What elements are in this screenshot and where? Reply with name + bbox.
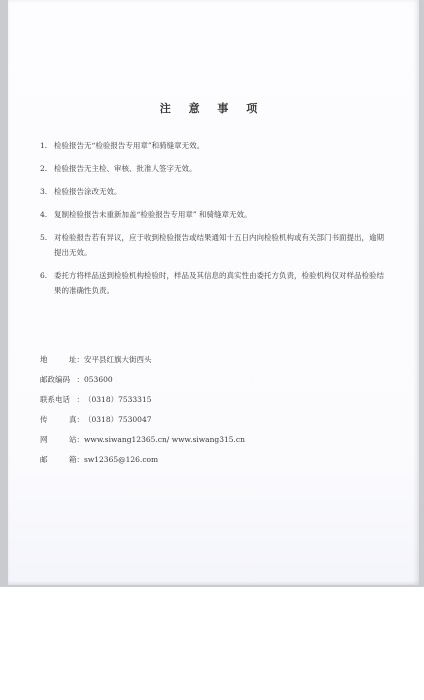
note-text: 复制检验报告未重新加盖“检验报告专用章” 和骑缝章无效。: [54, 207, 385, 222]
note-text: 检验报告涂改无效。: [54, 184, 385, 199]
label-part: 传: [40, 412, 48, 432]
contact-value: sw12365@126.com: [84, 452, 158, 472]
note-number: 3.: [40, 184, 54, 199]
contact-value: （0318）7533315: [84, 392, 152, 412]
contact-website: 网站： www.siwang12365.cn/ www.siwang315.cn: [40, 432, 245, 452]
label-part: 地: [40, 352, 48, 372]
contact-email: 邮箱： sw12365@126.com: [40, 452, 245, 472]
note-number: 6.: [40, 268, 54, 298]
label-part: 真：: [69, 412, 84, 432]
note-item: 1. 检验报告无“检验报告专用章”和骑缝章无效。: [40, 138, 385, 153]
note-number: 5.: [40, 230, 54, 260]
note-item: 5. 对检验报告若有异议，应于收到检验报告或结果通知十五日内向检验机构或有关部门…: [40, 230, 385, 260]
contact-value: www.siwang12365.cn/ www.siwang315.cn: [84, 432, 245, 452]
contact-info: 地址： 安平县红旗大街西头 邮政编码： 053600 联系电话： （0318）7…: [40, 352, 245, 472]
contact-label: 邮政编码：: [40, 372, 84, 392]
label-part: ：: [77, 372, 85, 392]
note-text: 对检验报告若有异议，应于收到检验报告或结果通知十五日内向检验机构或有关部门书面提…: [54, 230, 385, 260]
contact-value: （0318）7530047: [84, 412, 152, 432]
contact-phone: 联系电话： （0318）7533315: [40, 392, 245, 412]
note-text: 检验报告无主检、审核、批准人签字无效。: [54, 161, 385, 176]
label-part: 箱：: [69, 452, 84, 472]
contact-value: 053600: [84, 372, 113, 392]
label-part: 网: [40, 432, 48, 452]
label-part: 站：: [69, 432, 84, 452]
note-item: 6. 委托方将样品送到检验机构检验时，样品及其信息的真实性由委托方负责，检验机构…: [40, 268, 385, 298]
note-text: 检验报告无“检验报告专用章”和骑缝章无效。: [54, 138, 385, 153]
label-part: 邮: [40, 452, 48, 472]
contact-address: 地址： 安平县红旗大街西头: [40, 352, 245, 372]
note-item: 3. 检验报告涂改无效。: [40, 184, 385, 199]
contact-label: 邮箱：: [40, 452, 84, 472]
note-number: 4.: [40, 207, 54, 222]
label-part: 邮政编码: [40, 372, 70, 392]
note-number: 2.: [40, 161, 54, 176]
contact-postcode: 邮政编码： 053600: [40, 372, 245, 392]
note-item: 4. 复制检验报告未重新加盖“检验报告专用章” 和骑缝章无效。: [40, 207, 385, 222]
page-title: 注 意 事 项: [0, 100, 424, 116]
contact-label: 联系电话：: [40, 392, 84, 412]
note-number: 1.: [40, 138, 54, 153]
contact-fax: 传真： （0318）7530047: [40, 412, 245, 432]
label-part: 址：: [69, 352, 84, 372]
note-text: 委托方将样品送到检验机构检验时，样品及其信息的真实性由委托方负责，检验机构仅对样…: [54, 268, 385, 298]
contact-value: 安平县红旗大街西头: [84, 352, 152, 372]
notes-list: 1. 检验报告无“检验报告专用章”和骑缝章无效。 2. 检验报告无主检、审核、批…: [40, 138, 385, 306]
contact-label: 地址：: [40, 352, 84, 372]
contact-label: 网站：: [40, 432, 84, 452]
contact-label: 传真：: [40, 412, 84, 432]
label-part: ：: [77, 392, 85, 412]
label-part: 联系电话: [40, 392, 70, 412]
note-item: 2. 检验报告无主检、审核、批准人签字无效。: [40, 161, 385, 176]
